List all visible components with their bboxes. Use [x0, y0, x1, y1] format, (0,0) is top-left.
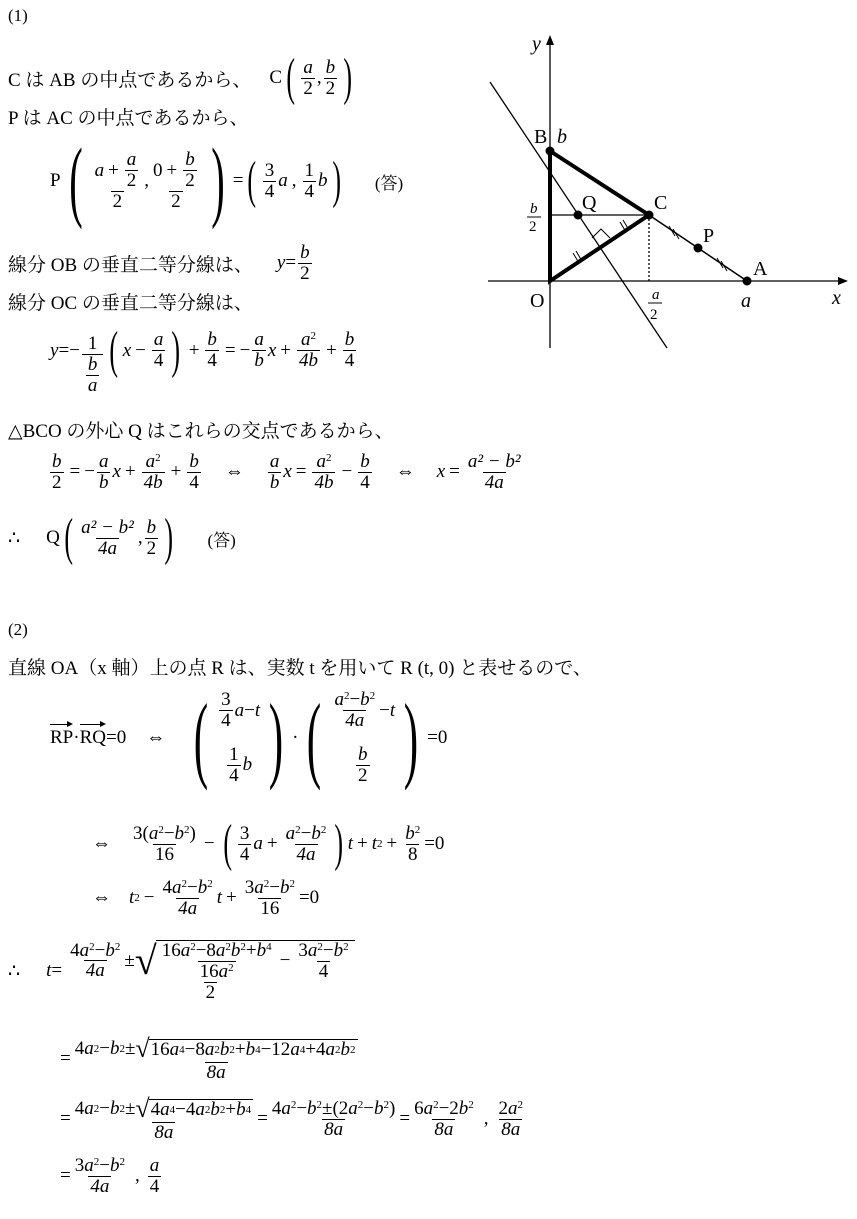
svg-text:B: B — [534, 126, 547, 148]
q-answer: ∴ Q ( a² − b²4a , b2 ) (答) — [8, 512, 236, 564]
answer-mark: (答) — [375, 169, 403, 194]
final-solutions: = 3a2−b24a, a4 — [60, 1156, 163, 1197]
coordinate-diagram: y x B b Q C P A O a b 2 a 2 — [470, 30, 857, 360]
part1-label: (1) — [8, 6, 28, 26]
svg-text:O: O — [530, 290, 544, 312]
svg-text:2: 2 — [529, 219, 537, 235]
simplify-step2: = 4a2−b2±√4a4−4a2b2+b48a = 4a2−b2±(2a2−b… — [60, 1096, 527, 1143]
oc-bisector-equation: y=− 1ba (x− a4) + b4 =− abx + a24b + b4 — [50, 320, 358, 382]
svg-text:y: y — [530, 33, 541, 55]
dot-product-equation: RP·RQ=0 ⇔ ( 34a−t 14b )·( a2−b24a−t b2 )… — [50, 690, 447, 786]
svg-text:b: b — [530, 201, 538, 217]
svg-text:A: A — [753, 258, 768, 280]
svg-text:a: a — [652, 287, 660, 303]
midpoint-p-text: P は AC の中点であるから、 — [8, 103, 249, 130]
p-coordinate-equation: P ( a+a22 , 0+b22 ) = ( 34a , 14b ) (答) — [50, 136, 403, 226]
svg-text:a: a — [741, 290, 751, 312]
oc-bisector-text: 線分 OC の垂直二等分線は、 — [8, 288, 253, 315]
part2-intro: 直線 OA（x 軸）上の点 R は、実数 t を用いて R (t, 0) と表せ… — [8, 653, 592, 680]
circumcenter-text: △BCO の外心 Q はこれらの交点であるから、 — [8, 416, 394, 443]
part2-label: (2) — [8, 620, 28, 640]
svg-text:Q: Q — [582, 192, 597, 214]
svg-text:b: b — [557, 126, 567, 148]
expansion-step1: ⇔ 3(a2−b2)16− (34a+ a2−b24a) t+t2+ b28=0 — [92, 818, 444, 870]
svg-text:C: C — [654, 192, 667, 214]
expansion-step2: ⇔ t2− 4a2−b24at+ 3a2−b216=0 — [92, 878, 319, 919]
svg-text:P: P — [703, 225, 714, 247]
midpoint-c-text: C は AB の中点であるから、 — [8, 65, 251, 92]
quadratic-formula-step: ∴t= 4a2−b24a± √ 16a2−8a2b2+b416a2− 3a2−b… — [8, 940, 359, 1003]
simplify-step1: = 4a2−b2±√16a4−8a2b2+b4−12a4+4a2b28a — [60, 1036, 362, 1083]
midpoint-c-line: C は AB の中点であるから、 C ( a2 , b2 ) — [8, 52, 356, 104]
q-solve-equation: b2=− abx+ a24b+ b4 ⇔ abx= a24b− b4 ⇔ x= … — [48, 452, 525, 493]
svg-text:x: x — [831, 287, 841, 309]
ob-bisector-line: 線分 OB の垂直二等分線は、 y= b2 — [8, 243, 314, 284]
svg-text:2: 2 — [650, 307, 658, 323]
